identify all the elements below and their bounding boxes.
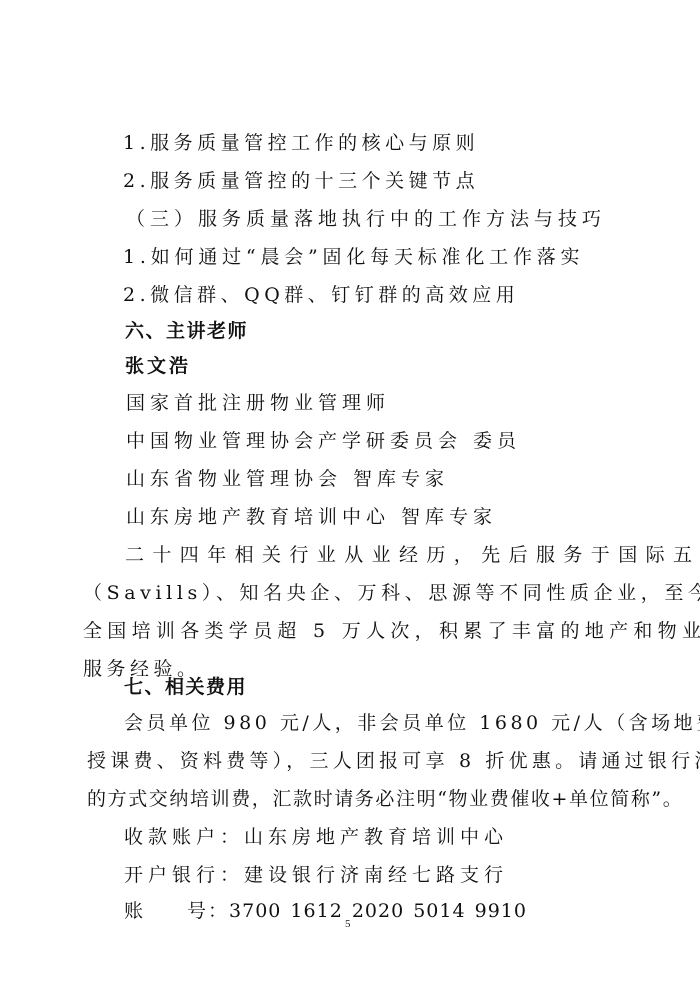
teacher-title-2: 中国物业管理协会产学研委员会 委员 bbox=[126, 429, 521, 453]
teacher-bio-line-1: 二十四年相关行业从业经历，先后服务于国际五大行 bbox=[125, 543, 700, 567]
page-number: 5 bbox=[345, 918, 351, 930]
list-item-group-apps: 2.微信群、QQ群、钉钉群的高效应用 bbox=[123, 283, 519, 307]
teacher-title-1: 国家首批注册物业管理师 bbox=[126, 391, 390, 415]
teacher-bio-line-2: （Savills）、知名央企、万科、思源等不同性质企业，至今于 bbox=[83, 581, 700, 605]
list-item-morning-meeting: 1.如何通过“晨会”固化每天标准化工作落实 bbox=[123, 245, 584, 269]
account-number: 3700 1612 2020 5014 9910 bbox=[229, 900, 527, 922]
account-row: 账号：3700 1612 2020 5014 9910 bbox=[124, 899, 527, 923]
teacher-title-3: 山东省物业管理协会 智库专家 bbox=[126, 467, 449, 491]
section-heading-teacher: 六、主讲老师 bbox=[125, 319, 248, 343]
list-item-thirteen-nodes: 2.服务质量管控的十三个关键节点 bbox=[123, 169, 479, 193]
fee-line-2: 授课费、资料费等），三人团报可享 8 折优惠。请通过银行汇款 bbox=[87, 749, 700, 773]
subsection-heading-methods: （三）服务质量落地执行中的工作方法与技巧 bbox=[126, 207, 606, 231]
section-heading-fees: 七、相关费用 bbox=[124, 675, 247, 699]
account-label-suffix: 号： bbox=[187, 900, 229, 922]
payee-account: 收款账户：山东房地产教育培训中心 bbox=[124, 825, 508, 849]
bank-name: 开户银行：建设银行济南经七路支行 bbox=[124, 863, 508, 887]
document-page: 1.服务质量管控工作的核心与原则 2.服务质量管控的十三个关键节点 （三）服务质… bbox=[0, 0, 700, 990]
teacher-bio-line-3: 全国培训各类学员超 5 万人次，积累了丰富的地产和物业企业 bbox=[83, 619, 700, 643]
teacher-name: 张文浩 bbox=[125, 354, 191, 378]
account-label: 账 bbox=[124, 900, 145, 922]
fee-line-1: 会员单位 980 元/人，非会员单位 1680 元/人（含场地费、 bbox=[124, 711, 700, 735]
list-item-core-principles: 1.服务质量管控工作的核心与原则 bbox=[123, 131, 479, 155]
teacher-title-4: 山东房地产教育培训中心 智库专家 bbox=[126, 505, 497, 529]
fee-line-3: 的方式交纳培训费，汇款时请务必注明“物业费催收+单位简称”。 bbox=[87, 787, 683, 811]
